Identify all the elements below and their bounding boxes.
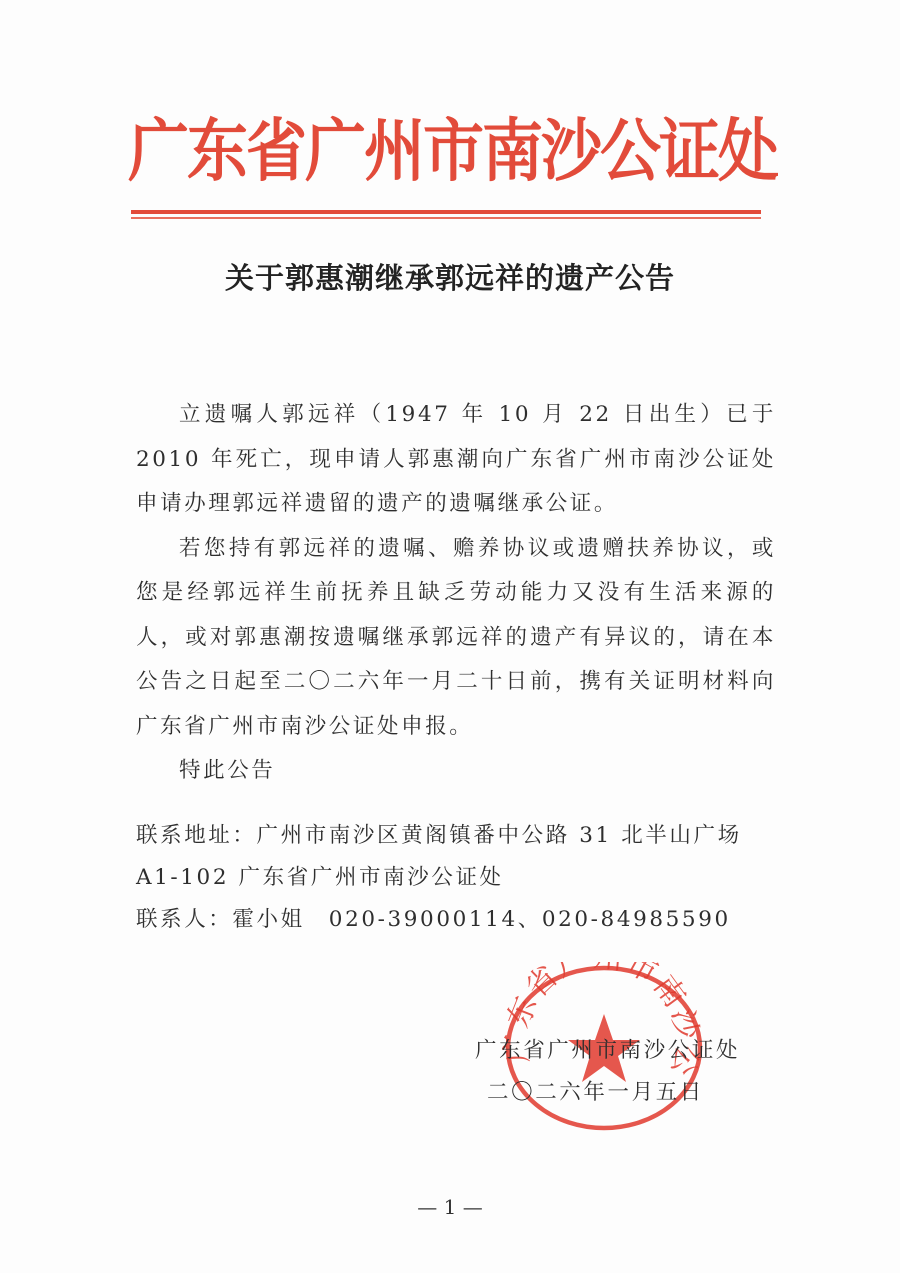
signature-org: 广东省广州市南沙公证处 (475, 1030, 740, 1072)
contact-person: 联系人：霍小姐 020-39000114、020-84985590 (136, 899, 776, 941)
letterhead-org-name: 广东省广州市南沙公证处 (128, 96, 768, 208)
paragraph-claim-instructions: 若您持有郭远祥的遗嘱、赡养协议或遗赠扶养协议，或您是经郭远祥生前抚养且缺乏劳动能… (136, 527, 776, 750)
contact-info: 联系地址：广州市南沙区黄阁镇番中公路 31 北半山广场 A1-102 广东省广州… (136, 815, 776, 941)
paragraph-closing: 特此公告 (136, 749, 776, 794)
letterhead-divider-thin (131, 217, 761, 219)
contact-address-line2: A1-102 广东省广州市南沙公证处 (136, 857, 776, 899)
notice-body: 立遗嘱人郭远祥（1947 年 10 月 22 日出生）已于 2010 年死亡，现… (136, 393, 776, 794)
signature-date: 二〇二六年一月五日 (475, 1072, 740, 1114)
signature-block: 广东省广州市南沙公证处 二〇二六年一月五日 (475, 1030, 740, 1114)
letterhead-divider-thick (131, 210, 761, 214)
contact-address-line1: 联系地址：广州市南沙区黄阁镇番中公路 31 北半山广场 (136, 815, 776, 857)
document-page: 广东省广州市南沙公证处 关于郭惠潮继承郭远祥的遗产公告 立遗嘱人郭远祥（1947… (0, 0, 900, 1273)
document-title: 关于郭惠潮继承郭远祥的遗产公告 (0, 256, 900, 297)
page-number: — 1 — (0, 1195, 900, 1219)
paragraph-testator-info: 立遗嘱人郭远祥（1947 年 10 月 22 日出生）已于 2010 年死亡，现… (136, 393, 776, 527)
